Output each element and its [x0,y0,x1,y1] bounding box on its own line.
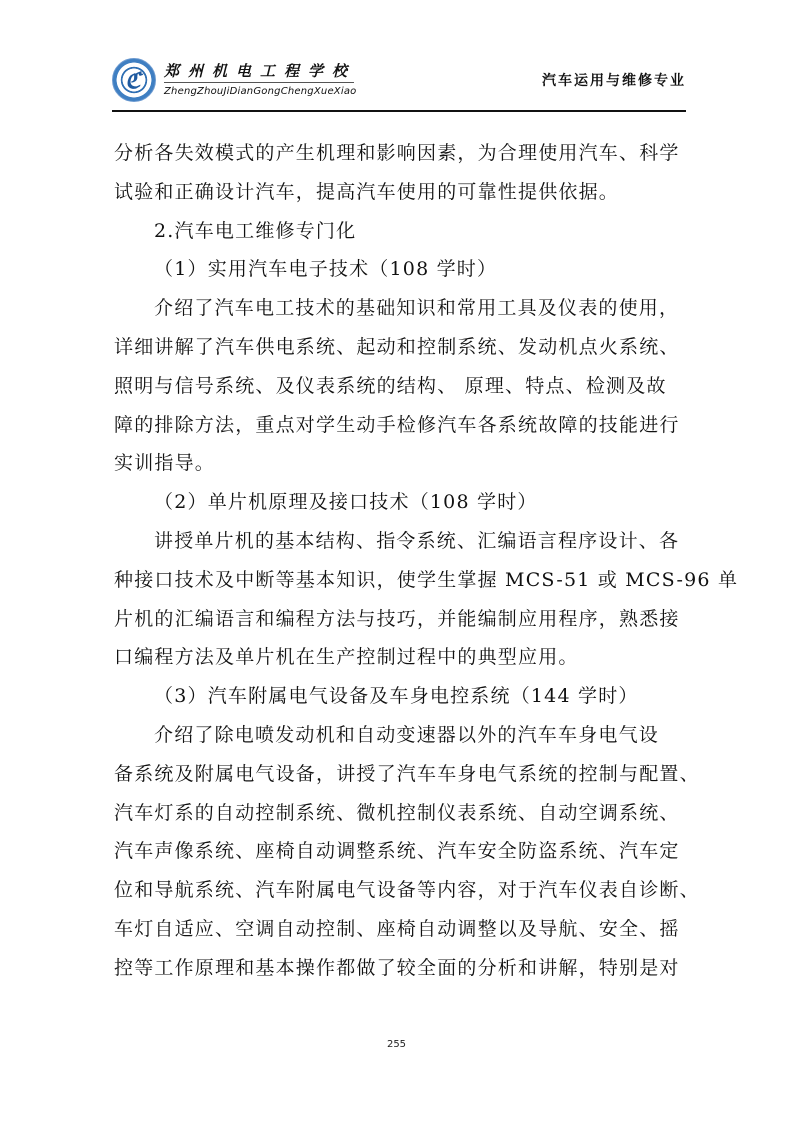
text-line: 实训指导。 [114,444,686,483]
text-line: 控等工作原理和基本操作都做了较全面的分析和讲解，特别是对 [114,949,686,988]
text-line: 口编程方法及单片机在生产控制过程中的典型应用。 [114,638,686,677]
document-body: 分析各失效模式的产生机理和影响因素，为合理使用汽车、科学 试验和正确设计汽车，提… [114,134,686,988]
major-title: 汽车运用与维修专业 [542,70,686,90]
text-line: 分析各失效模式的产生机理和影响因素，为合理使用汽车、科学 [114,134,686,173]
text-line: 汽车声像系统、座椅自动调整系统、汽车安全防盗系统、汽车定 [114,832,686,871]
page-header: ℭ 郑州机电工程学校 ZhengZhouJiDianGongChengXueXi… [112,56,686,110]
subsection-heading: （1）实用汽车电子技术（108 学时） [114,250,686,289]
section-heading: 2.汽车电工维修专门化 [114,212,686,251]
text-line: 车灯自适应、空调自动控制、座椅自动调整以及导航、安全、摇 [114,910,686,949]
paragraph-start: 讲授单片机的基本结构、指令系统、汇编语言程序设计、各 [114,522,686,561]
text-line: 照明与信号系统、及仪表系统的结构、 原理、特点、检测及故 [114,367,686,406]
text-line: 种接口技术及中断等基本知识，使学生掌握 MCS-51 或 MCS-96 单 [114,561,686,600]
paragraph-start: 介绍了除电喷发动机和自动变速器以外的汽车车身电气设 [114,716,686,755]
header-rule [112,110,686,112]
text-line: 备系统及附属电气设备，讲授了汽车车身电气系统的控制与配置、 [114,755,686,794]
text-line: 片机的汇编语言和编程方法与技巧，并能编制应用程序，熟悉接 [114,600,686,639]
school-emblem-icon: ℭ [112,58,156,102]
paragraph-start: 介绍了汽车电工技术的基础知识和常用工具及仪表的使用， [114,289,686,328]
text-line: 位和导航系统、汽车附属电气设备等内容，对于汽车仪表自诊断、 [114,871,686,910]
subsection-heading: （3）汽车附属电气设备及车身电控系统（144 学时） [114,677,686,716]
text-line: 试验和正确设计汽车，提高汽车使用的可靠性提供依据。 [114,173,686,212]
text-line: 详细讲解了汽车供电系统、起动和控制系统、发动机点火系统、 [114,328,686,367]
school-name-cn: 郑州机电工程学校 [164,60,356,81]
text-line: 障的排除方法，重点对学生动手检修汽车各系统故障的技能进行 [114,406,686,445]
emblem-letter: ℭ [125,68,140,94]
school-name-divider [164,82,354,83]
subsection-heading: （2）单片机原理及接口技术（108 学时） [114,483,686,522]
page-number: 255 [0,1039,793,1050]
school-name-en: ZhengZhouJiDianGongChengXueXiao [164,86,356,97]
text-line: 汽车灯系的自动控制系统、微机控制仪表系统、自动空调系统、 [114,794,686,833]
